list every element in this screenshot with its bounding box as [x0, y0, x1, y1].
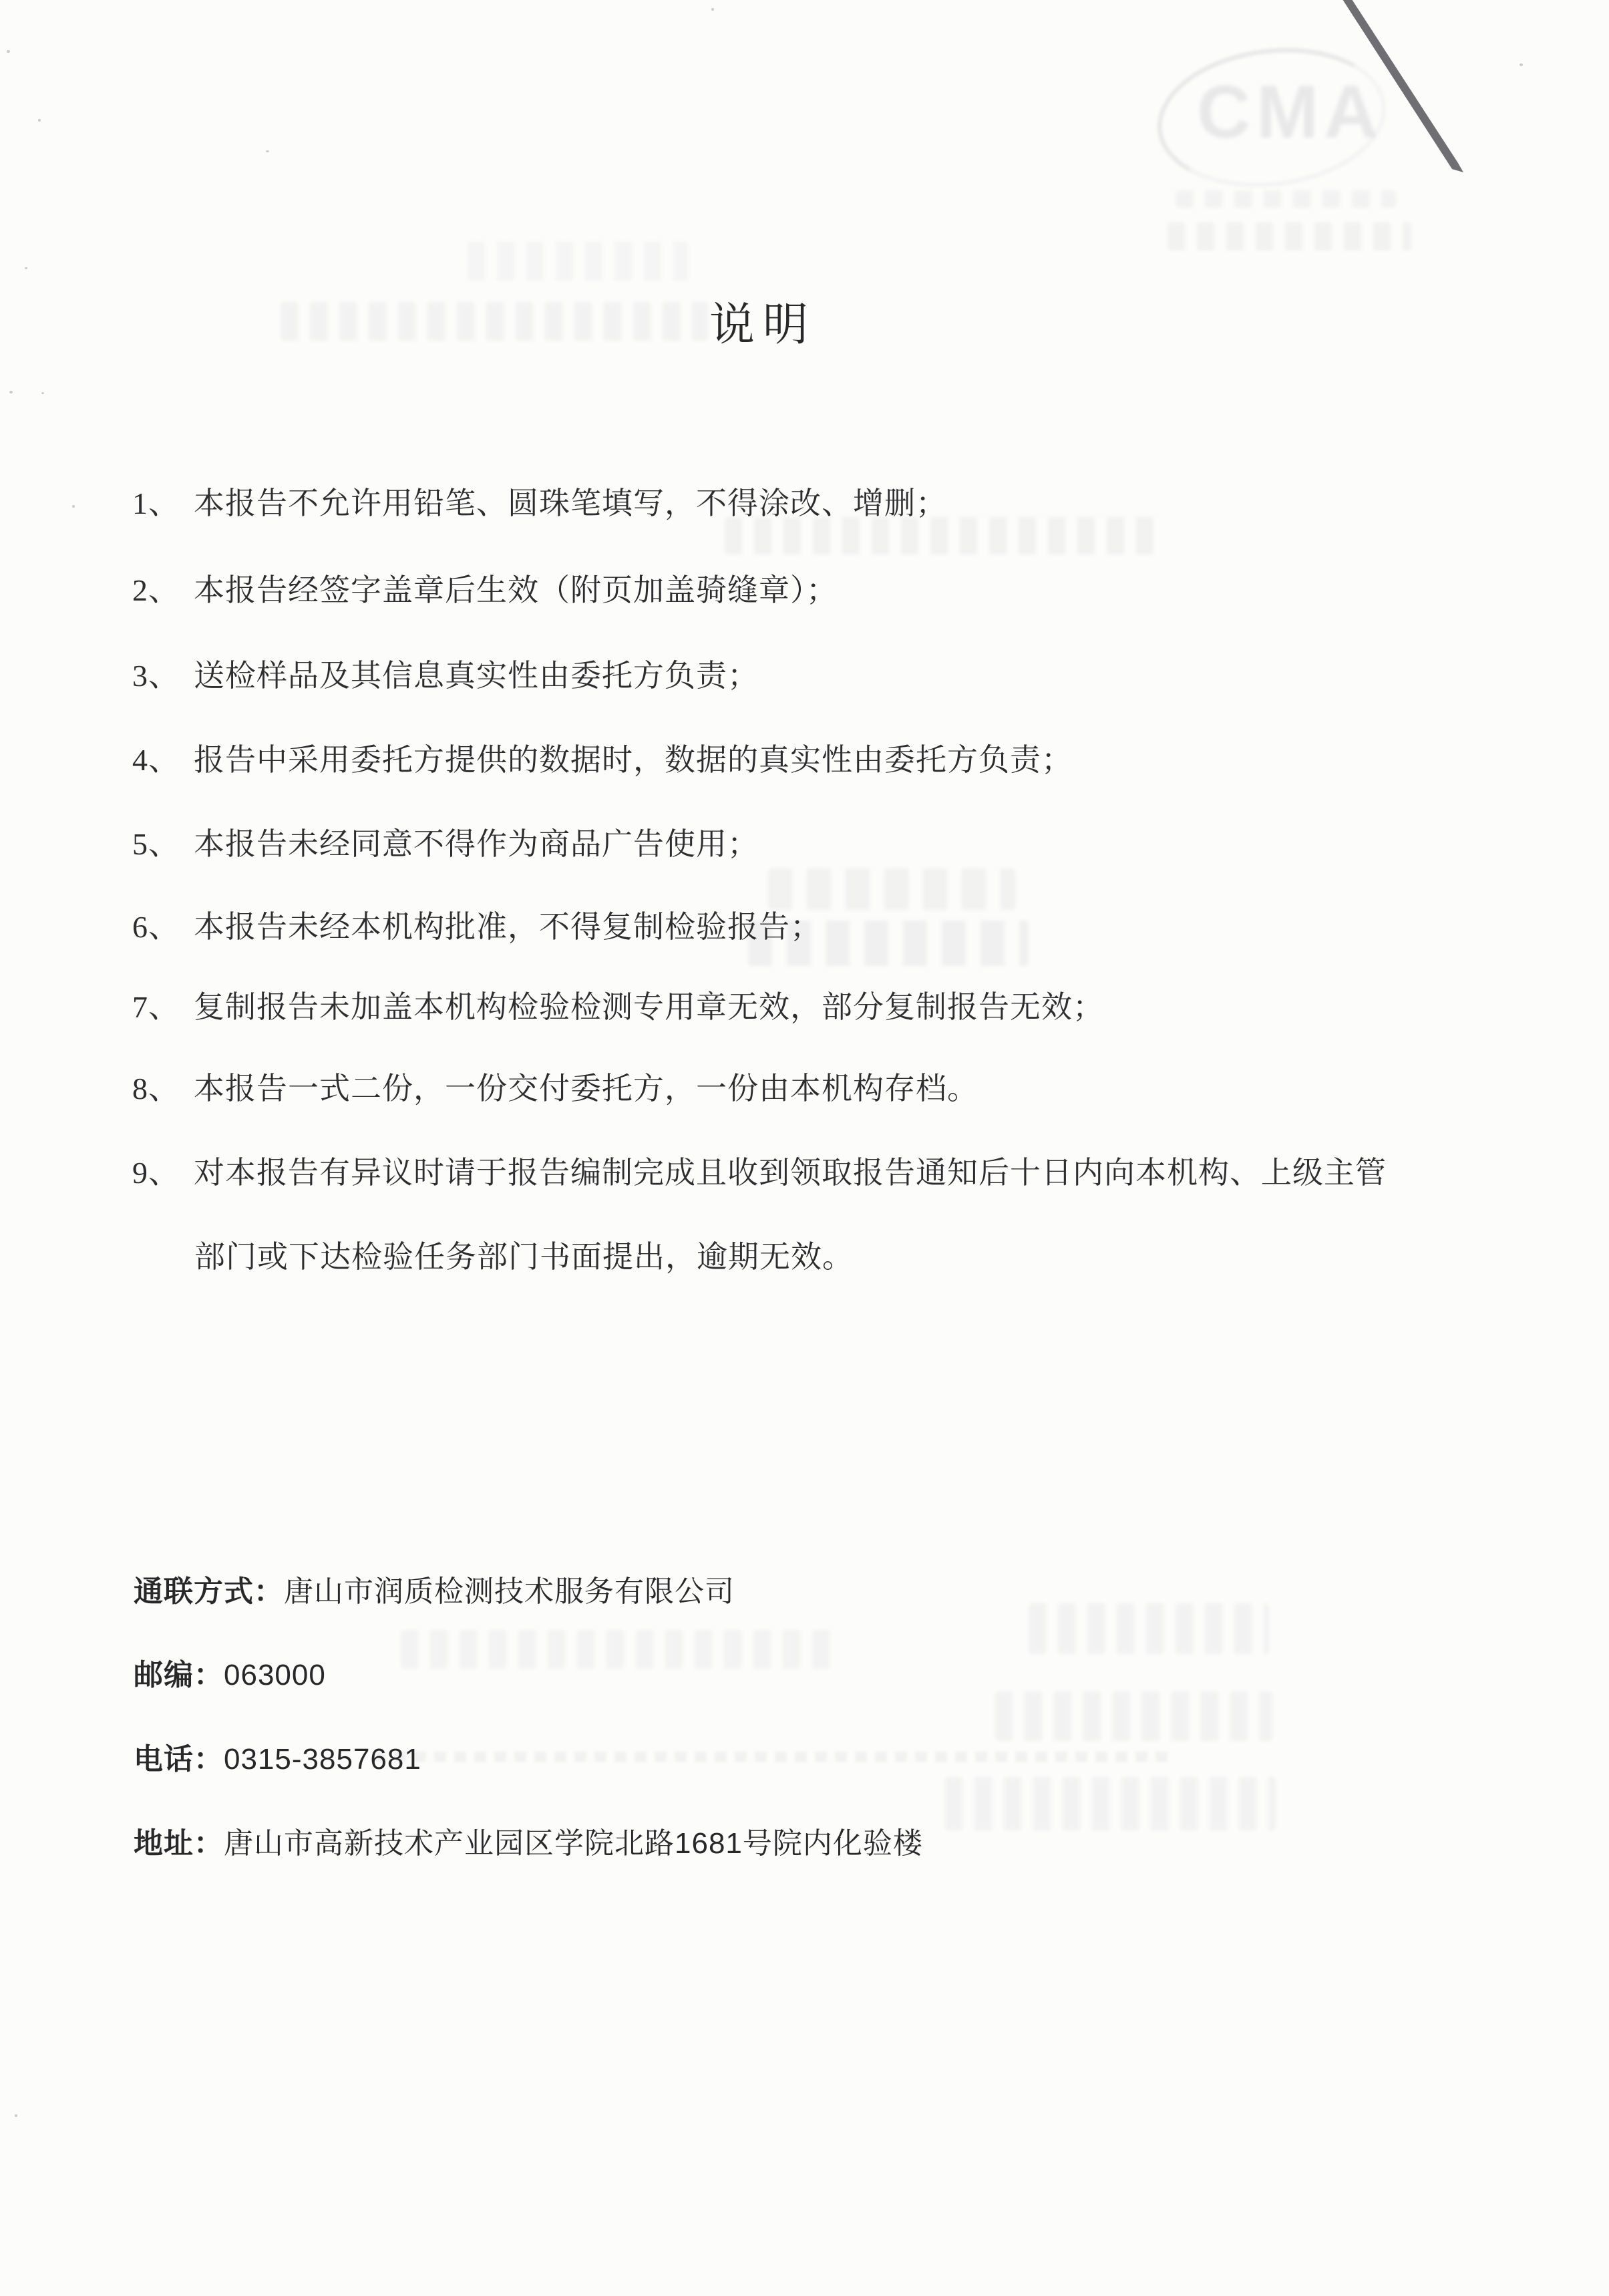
contact-label: 通联方式： — [134, 1575, 284, 1608]
diagonal-scan-mark — [1296, 0, 1509, 198]
contact-label: 邮编： — [134, 1659, 224, 1691]
scan-speck — [266, 150, 269, 152]
note-number: 1、 — [132, 486, 194, 522]
scan-speck — [7, 50, 10, 53]
note-number: 3、 — [132, 659, 194, 694]
ghost-bleedthrough — [945, 1777, 1276, 1830]
note-item-2: 2、本报告经签字盖章后生效（附页加盖骑缝章）； — [132, 573, 838, 609]
note-text: 部门或下达检验任务部门书面提出，逾期无效。 — [194, 1240, 854, 1274]
postal-code-line: 邮编：063000 — [134, 1659, 326, 1693]
contact-company-line: 通联方式：唐山市润质检测技术服务有限公司 — [134, 1575, 735, 1609]
contact-label: 电话： — [134, 1743, 224, 1776]
address-line: 地址：唐山市高新技术产业园区学院北路1681号院内化验楼 — [134, 1827, 923, 1861]
note-text: 报告中采用委托方提供的数据时，数据的真实性由委托方负责； — [194, 743, 1073, 777]
note-item-1: 1、本报告不允许用铅笔、圆珠笔填写，不得涂改、增删； — [132, 486, 947, 522]
note-text: 本报告未经同意不得作为商品广告使用； — [194, 827, 759, 861]
phone-line: 电话：0315-3857681 — [134, 1743, 421, 1777]
scan-speck — [72, 505, 75, 508]
note-item-5: 5、本报告未经同意不得作为商品广告使用； — [132, 827, 759, 862]
ghost-bleedthrough — [401, 1630, 835, 1669]
page-title: 说明 — [709, 302, 816, 347]
ghost-bleedthrough — [725, 517, 1166, 554]
note-item-9: 9、对本报告有异议时请于报告编制完成且收到领取报告通知后十日内向本机构、上级主管 — [132, 1156, 1387, 1191]
note-item-7: 7、复制报告未加盖本机构检验检测专用章无效，部分复制报告无效； — [132, 990, 1104, 1025]
note-text: 送检样品及其信息真实性由委托方负责； — [194, 659, 759, 693]
scan-speck — [1519, 63, 1523, 66]
note-number: 2、 — [132, 573, 194, 609]
note-text: 本报告一式二份，一份交付委托方，一份由本机构存档。 — [194, 1072, 978, 1106]
ghost-bleedthrough — [281, 302, 708, 341]
note-number: 4、 — [132, 743, 194, 778]
contact-value: 唐山市润质检测技术服务有限公司 — [284, 1575, 735, 1608]
contact-value: 063000 — [224, 1659, 326, 1691]
note-number: 7、 — [132, 990, 194, 1025]
ghost-bleedthrough — [374, 1752, 1176, 1762]
ghost-bleedthrough — [1029, 1603, 1269, 1654]
contact-value: 唐山市高新技术产业园区学院北路1681号院内化验楼 — [224, 1827, 923, 1860]
ghost-bleedthrough — [1168, 222, 1411, 251]
note-text: 本报告未经本机构批准，不得复制检验报告； — [194, 910, 822, 944]
note-number: 8、 — [132, 1072, 194, 1107]
note-item-6: 6、本报告未经本机构批准，不得复制检验报告； — [132, 910, 822, 945]
note-text: 本报告经签字盖章后生效（附页加盖骑缝章）； — [194, 573, 838, 607]
ghost-bleedthrough — [768, 868, 1015, 910]
contact-label: 地址： — [134, 1827, 224, 1860]
note-item-3: 3、送检样品及其信息真实性由委托方负责； — [132, 659, 759, 694]
note-item-9-line2: 部门或下达检验任务部门书面提出，逾期无效。 — [194, 1240, 854, 1275]
note-text: 对本报告有异议时请于报告编制完成且收到领取报告通知后十日内向本机构、上级主管 — [194, 1156, 1387, 1190]
scan-speck — [38, 119, 41, 122]
scan-speck — [711, 8, 714, 11]
ghost-bleedthrough — [995, 1691, 1272, 1741]
scan-speck — [25, 267, 27, 269]
scan-speck — [41, 392, 44, 394]
document-page: CMA 说明 1、本报告不允许用铅笔、圆珠笔填写，不得涂改、增删； 2、本报告经… — [0, 0, 1609, 2296]
note-text: 复制报告未加盖本机构检验检测专用章无效，部分复制报告无效； — [194, 990, 1104, 1024]
note-item-4: 4、报告中采用委托方提供的数据时，数据的真实性由委托方负责； — [132, 743, 1073, 778]
ghost-bleedthrough — [468, 242, 688, 281]
note-number: 6、 — [132, 910, 194, 945]
note-number: 9、 — [132, 1156, 194, 1191]
scan-speck — [15, 2114, 17, 2117]
note-text: 本报告不允许用铅笔、圆珠笔填写，不得涂改、增删； — [194, 486, 947, 520]
scan-speck — [9, 391, 13, 393]
contact-value: 0315-3857681 — [224, 1743, 421, 1776]
note-number: 5、 — [132, 827, 194, 862]
note-item-8: 8、本报告一式二份，一份交付委托方，一份由本机构存档。 — [132, 1072, 978, 1107]
